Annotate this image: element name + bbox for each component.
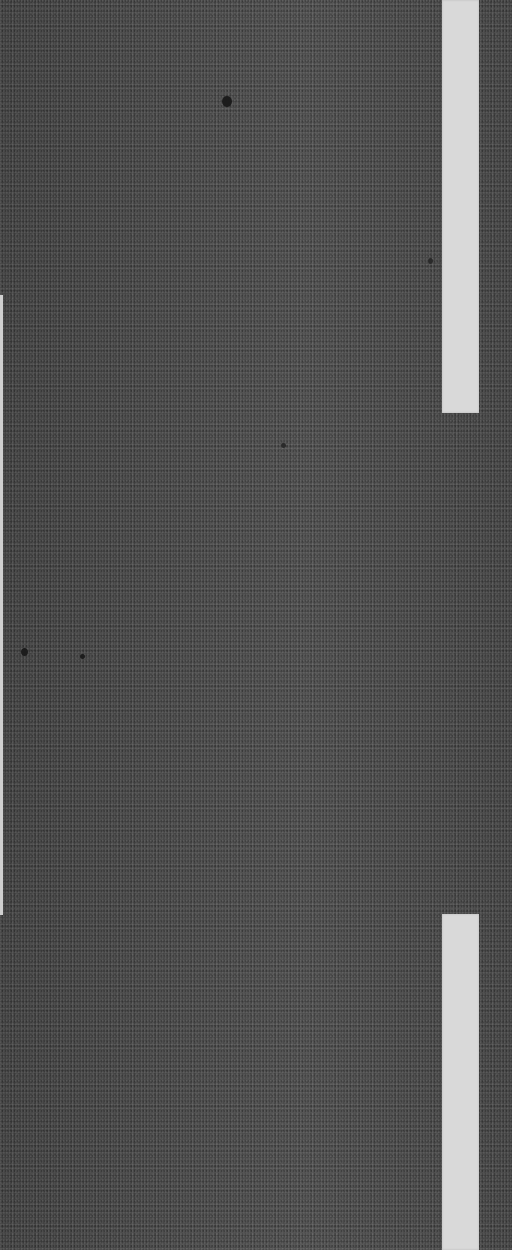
dark-spot (80, 654, 85, 659)
dark-spot (21, 648, 28, 656)
dark-spot (281, 443, 286, 448)
lane-marking-dash (442, 914, 479, 1250)
lane-marking-dash (442, 0, 479, 413)
dark-spot (428, 258, 433, 264)
road-edge-line (0, 295, 3, 915)
asphalt-road-surface: Top-down view of grey asphalt road surfa… (0, 0, 512, 1250)
dark-spot (222, 96, 232, 107)
asphalt-texture (0, 0, 512, 1250)
